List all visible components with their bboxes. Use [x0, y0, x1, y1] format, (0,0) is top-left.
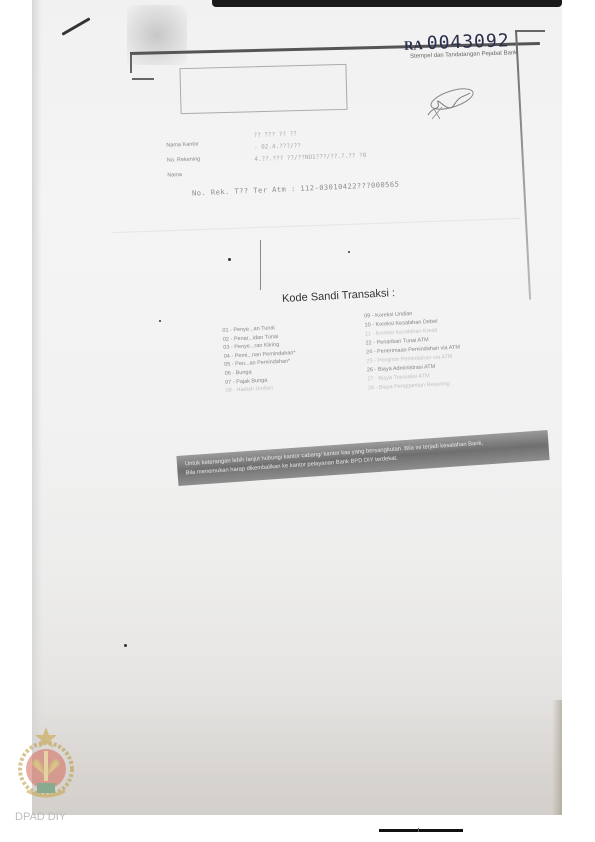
reference-line: No. Rek. T?? Ter Atm : 112-03010422???00…	[192, 180, 400, 197]
page-top-shadow	[212, 0, 562, 7]
pen-mark	[61, 17, 90, 36]
faint-table	[111, 218, 523, 293]
codes-right-list: 09 - Koreksi Undian 10 - Koreksi Kesalah…	[364, 308, 462, 394]
form-frame-right-top	[515, 30, 545, 32]
codes-left-list: 01 - Penye...an Tunai 02 - Penar...idan …	[222, 323, 297, 395]
kode-sandi-title: Kode Sandi Transaksi :	[282, 287, 396, 305]
notice-banner: Untuk keterangan lebih lanjut hubungi ka…	[176, 430, 549, 486]
field-values: ?? ??? ?? ?? - 02.4.???/?? 4.??.??? ??/?…	[253, 128, 366, 168]
form-frame-dash	[132, 78, 154, 80]
serial-prefix: RA	[404, 37, 423, 53]
blank-box	[179, 64, 347, 114]
field-label-nama: Nama	[167, 171, 201, 187]
field-label-nama-kantor: Nama Kantor	[166, 141, 200, 157]
scanned-page: RA0043092 Stempel dan Tandatangan Pejaba…	[32, 0, 562, 815]
ink-dot	[159, 320, 161, 322]
bottom-bar	[379, 829, 463, 832]
watermark-text: DPAD DIY	[15, 811, 66, 823]
yogyakarta-coat-of-arms-icon	[15, 725, 77, 803]
form-frame-tick	[130, 55, 132, 73]
ink-dot	[228, 258, 231, 261]
table-divider	[260, 240, 261, 290]
ink-smudge	[127, 5, 187, 65]
ink-dot	[124, 644, 127, 647]
field-value-no-rekening: 4.??.??? ??/??NO1???/??.?.?? ?0	[254, 152, 366, 168]
field-labels: Nama Kantor No. Rekening Nama	[166, 141, 201, 187]
field-label-no-rekening: No. Rekening	[167, 156, 201, 172]
right-edge-shadow	[552, 700, 562, 815]
signature-icon	[420, 85, 478, 123]
ink-dot	[348, 251, 350, 253]
bottom-shadow	[32, 690, 562, 815]
